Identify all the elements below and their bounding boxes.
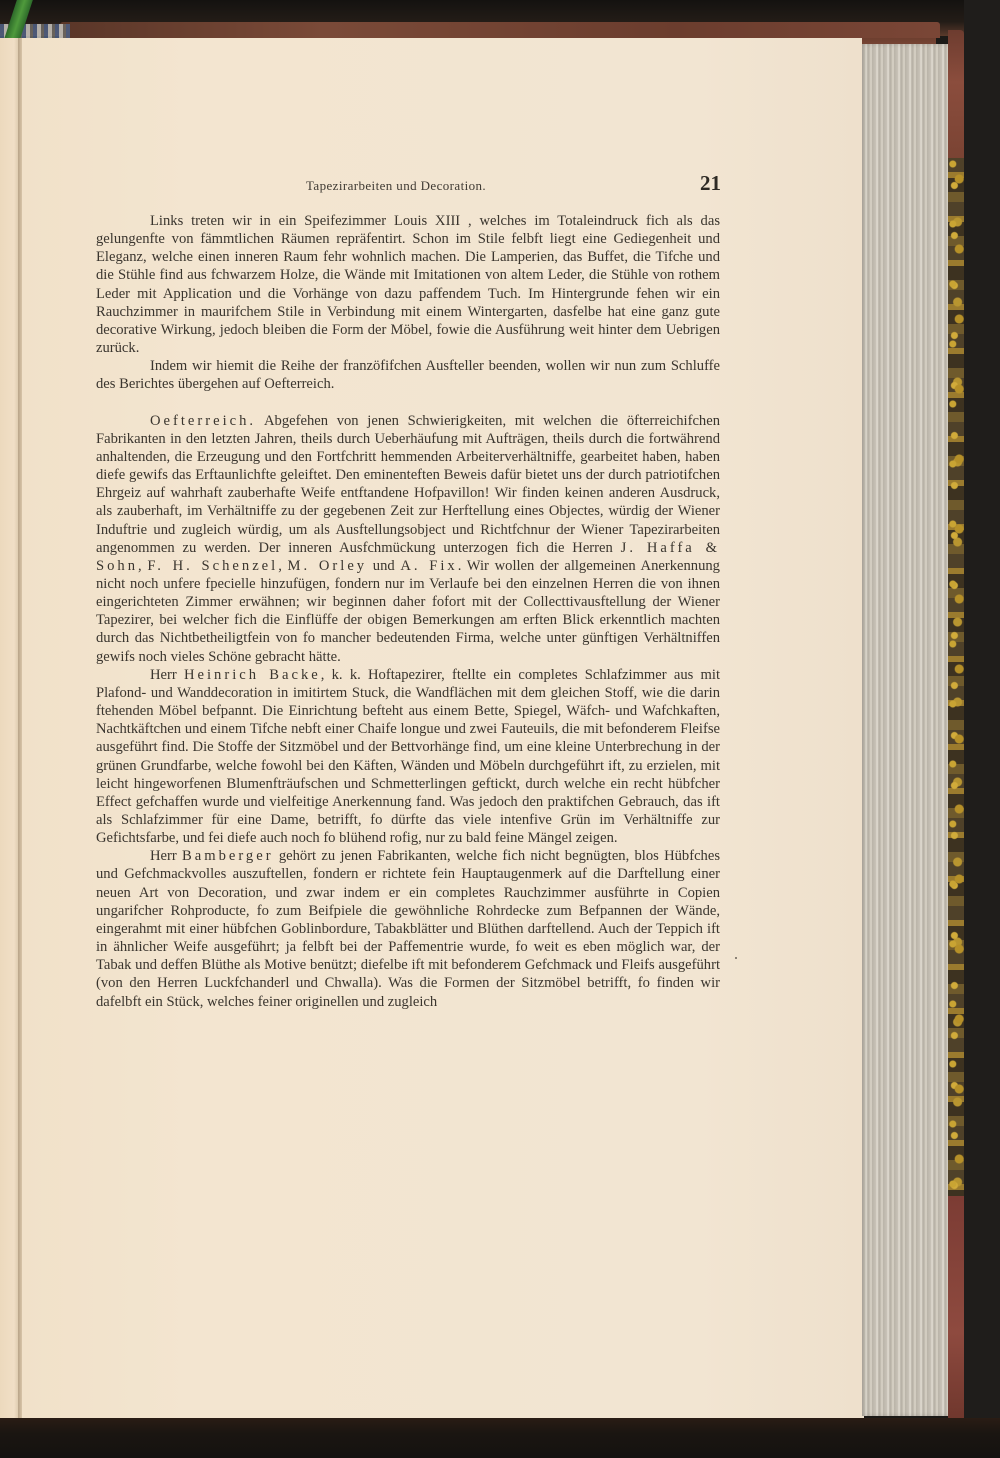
page-block-edges: [862, 44, 950, 1416]
leather-corner-bottom: [948, 1196, 964, 1424]
paragraph-bamberger: Herr Bamberger gehört zu jenen Fabrikant…: [96, 847, 720, 1010]
running-head: Tapezirarbeiten und Decoration.: [306, 178, 486, 194]
paragraph-transition: Indem wir hiemit die Reihe der franzöfif…: [96, 357, 720, 393]
margin-speck: [735, 957, 737, 959]
paragraph-dining-room: Links treten wir in ein Speifezimmer Lou…: [96, 212, 720, 357]
scan-backdrop-right: [964, 0, 1000, 1458]
body-text: Links treten wir in ein Speifezimmer Lou…: [96, 212, 720, 1011]
name-bamberger: Bamberger: [182, 848, 274, 864]
paragraph-backe: Herr Heinrich Backe, k. k. Hoftapezirer,…: [96, 666, 720, 848]
scan-backdrop-bottom: [0, 1418, 1000, 1458]
name-orley: M. Orley: [288, 558, 368, 574]
paragraph-oesterreich: Oefterreich. Abgefehen von jenen Schwier…: [96, 412, 720, 666]
name-backe: Heinrich Backe: [184, 667, 321, 683]
section-lead: Oefterreich.: [150, 413, 256, 429]
name-schenzel: F. H. Schenzel: [147, 558, 278, 574]
book-cover-top-edge: [60, 22, 940, 38]
facing-page-edge: [0, 38, 20, 1423]
marbled-cover-board: [948, 158, 964, 1198]
leather-corner-top: [948, 30, 964, 160]
name-fix: A. Fix: [400, 558, 457, 574]
page-number: 21: [700, 171, 721, 196]
